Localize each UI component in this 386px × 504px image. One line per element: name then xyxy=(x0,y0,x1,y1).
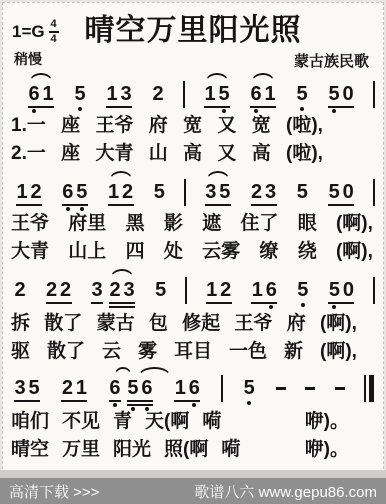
beam-underline xyxy=(16,204,42,206)
note-group: 2 xyxy=(13,279,27,301)
lyric-syllable: 万里 xyxy=(62,439,100,461)
note-group: 6 xyxy=(108,377,122,399)
low-octave-dot xyxy=(269,305,273,309)
beam-underline xyxy=(328,302,354,304)
beam-underline xyxy=(174,400,200,402)
low-octave-dot xyxy=(66,207,70,211)
lyric-syllable: (啊), xyxy=(336,213,373,235)
lyrics-line-7: 咱们不见青天(啊嗬咿)。 xyxy=(11,411,361,433)
note-group: 50 xyxy=(327,181,355,203)
slur-arc xyxy=(114,367,131,377)
beam-underline xyxy=(127,404,153,406)
note-group: 2 xyxy=(151,83,165,105)
lyric-syllable: 云 xyxy=(102,341,121,363)
lyric-syllable: 散了 xyxy=(47,341,85,363)
beam-underline xyxy=(206,302,232,304)
final-barline-thin xyxy=(364,375,366,402)
lyric-syllable: 府 xyxy=(287,313,306,335)
beam-underline xyxy=(127,400,153,402)
barline xyxy=(221,375,223,402)
lyrics-line-2: 2.一座大青山高又高(啦), xyxy=(11,143,323,165)
note-group: 50 xyxy=(327,279,355,301)
note-digit: 3 xyxy=(119,83,133,105)
lyric-syllable: 修起 xyxy=(182,313,220,335)
note-digit: 6 xyxy=(27,83,41,105)
lyric-syllable: 宽 xyxy=(183,115,202,137)
lyric-syllable: 新 xyxy=(284,341,303,363)
note-digit: 6 xyxy=(264,279,278,301)
lyric-syllable: 山上 xyxy=(68,241,106,263)
note-digit: 5 xyxy=(27,377,41,399)
note-digit: 3 xyxy=(264,181,278,203)
lyric-syllable: 青 xyxy=(113,411,132,433)
slur-arc xyxy=(109,171,133,181)
note-digit: 2 xyxy=(60,377,74,399)
lyrics-line-8: 晴空万里阳光照(啊嗬咿)。 xyxy=(11,439,361,461)
duration-dash xyxy=(335,387,345,390)
slur-arc xyxy=(29,73,53,83)
note-digit: 1 xyxy=(203,83,217,105)
lyric-syllable: 咿)。 xyxy=(305,411,349,433)
note-digit: 1 xyxy=(263,83,277,105)
lyric-syllable: 眼 xyxy=(298,213,317,235)
lyric-syllable: 王爷 xyxy=(95,115,133,137)
lyric-syllable: 拆 xyxy=(11,313,30,335)
low-octave-dot xyxy=(113,403,117,407)
beam-underline xyxy=(62,204,88,206)
note-digit: 1 xyxy=(41,83,55,105)
barline xyxy=(185,277,187,304)
note-group: 35 xyxy=(204,181,232,203)
note-group: 5 xyxy=(295,83,309,105)
note-group: 12 xyxy=(107,181,135,203)
lyric-syllable: 大青 xyxy=(11,241,49,263)
note-group: 12 xyxy=(205,279,233,301)
barline xyxy=(373,179,375,206)
note-digit: 2 xyxy=(45,279,59,301)
beam-underline xyxy=(46,302,72,304)
note-digit: 2 xyxy=(108,279,122,301)
note-digit: 2 xyxy=(219,279,233,301)
lyric-syllable: 晴空 xyxy=(11,439,49,461)
lyric-syllable: 住了 xyxy=(240,213,278,235)
note-group: 15 xyxy=(203,83,231,105)
score-page: 1=G 4 4 晴空万里阳光照 稍慢 蒙古族民歌 6151321561550 1… xyxy=(0,0,386,504)
lyric-syllable: 座 xyxy=(61,115,80,137)
slur-arc xyxy=(110,269,134,279)
barline xyxy=(373,277,375,304)
note-digit: 3 xyxy=(122,279,136,301)
note-digit: 2 xyxy=(121,181,135,203)
note-digit: 5 xyxy=(126,377,140,399)
low-octave-dot xyxy=(254,109,258,113)
note-digit: 5 xyxy=(73,83,87,105)
slur-arc xyxy=(205,73,229,83)
note-group: 21 xyxy=(60,377,88,399)
lyric-syllable: 绕 xyxy=(298,241,317,263)
lyric-syllable: 大青 xyxy=(95,143,133,165)
lyric-syllable: 驱 xyxy=(11,341,30,363)
low-octave-dot xyxy=(78,107,82,111)
note-group: 5 xyxy=(296,279,310,301)
lyric-syllable: 一色 xyxy=(229,341,267,363)
download-link[interactable]: 高清下载 >>> xyxy=(9,481,99,502)
lyric-syllable: 咿)。 xyxy=(305,439,349,461)
lyric-syllable: 四 xyxy=(126,241,145,263)
beam-underline xyxy=(109,400,121,402)
lyric-syllable: 云雾 xyxy=(202,241,240,263)
note-digit: 3 xyxy=(204,181,218,203)
lyric-syllable: 府 xyxy=(149,115,168,137)
low-octave-dot xyxy=(332,109,336,113)
note-digit: 5 xyxy=(296,279,310,301)
note-group: 3 xyxy=(90,279,104,301)
music-line-1: 6151321561550 xyxy=(27,83,375,109)
lyric-syllable: 影 xyxy=(164,213,183,235)
lyric-syllable: 处 xyxy=(164,241,183,263)
lyric-syllable: 王爷 xyxy=(11,213,49,235)
beam-underline xyxy=(251,204,277,206)
note-digit: 1 xyxy=(205,279,219,301)
lyric-syllable: 2.一 xyxy=(11,143,46,165)
beam-underline xyxy=(109,302,135,304)
note-group: 5 xyxy=(242,377,256,399)
duration-dash xyxy=(305,387,315,390)
lyric-syllable: 黑 xyxy=(126,213,145,235)
beam-underline xyxy=(109,306,135,308)
beam-underline xyxy=(328,106,354,108)
barline xyxy=(184,179,186,206)
lyric-syllable: (啊), xyxy=(336,241,373,263)
beam-underline xyxy=(250,106,276,108)
song-title: 晴空万里阳光照 xyxy=(3,5,383,49)
note-group: 5 xyxy=(295,181,309,203)
note-digit: 2 xyxy=(151,83,165,105)
lyric-syllable: 遮 xyxy=(202,213,221,235)
note-digit: 6 xyxy=(108,377,122,399)
low-octave-dot xyxy=(332,305,336,309)
note-digit: 0 xyxy=(341,181,355,203)
note-group: 56 xyxy=(126,377,154,399)
note-digit: 5 xyxy=(152,181,166,203)
beam-underline xyxy=(14,400,40,402)
note-digit: 5 xyxy=(327,279,341,301)
music-line-3: 22232351216550 xyxy=(13,279,375,305)
note-digit: 1 xyxy=(250,279,264,301)
lyric-syllable: (啦), xyxy=(286,115,323,137)
beam-underline xyxy=(91,302,103,304)
note-digit: 1 xyxy=(15,181,29,203)
lyric-syllable: 山 xyxy=(149,143,168,165)
slur-arc xyxy=(206,171,230,181)
lyric-syllable: 阳光 xyxy=(113,439,151,461)
note-cluster: 323 xyxy=(90,279,136,301)
note-group: 16 xyxy=(173,377,201,399)
note-group: 61 xyxy=(249,83,277,105)
note-group: 5 xyxy=(152,181,166,203)
low-octave-dot xyxy=(222,109,226,113)
note-group: 50 xyxy=(327,83,355,105)
lyric-syllable: 宽 xyxy=(252,115,271,137)
duration-dash xyxy=(276,387,286,390)
note-digit: 2 xyxy=(13,279,27,301)
final-barline-thick xyxy=(369,375,374,402)
low-octave-dot xyxy=(80,207,84,211)
beam-underline xyxy=(251,302,277,304)
note-digit: 1 xyxy=(74,377,88,399)
lyric-syllable: 不见 xyxy=(62,411,100,433)
slur-arc xyxy=(138,367,171,377)
page-bottom-edge xyxy=(0,470,386,478)
note-digit: 5 xyxy=(327,181,341,203)
lyric-syllable: 耳目 xyxy=(174,341,212,363)
note-digit: 3 xyxy=(90,279,104,301)
note-digit: 0 xyxy=(341,83,355,105)
barline xyxy=(183,81,185,108)
beam-underline xyxy=(108,204,134,206)
low-octave-dot xyxy=(247,401,251,405)
lyric-syllable: 王爷 xyxy=(234,313,272,335)
note-digit: 1 xyxy=(105,83,119,105)
note-digit: 1 xyxy=(107,181,121,203)
note-digit: 2 xyxy=(59,279,73,301)
lyric-syllable: 高 xyxy=(183,143,202,165)
lyric-syllable: 又 xyxy=(217,115,236,137)
lyric-syllable: 蒙古 xyxy=(97,313,135,335)
note-digit: 5 xyxy=(154,279,168,301)
lyrics-line-1: 1.一座王爷府宽又宽(啦), xyxy=(11,115,323,137)
note-group: 5 xyxy=(154,279,168,301)
note-cluster: 656 xyxy=(108,377,154,399)
lyric-syllable: 照(啊 xyxy=(164,439,208,461)
note-group: 5 xyxy=(73,83,87,105)
lyric-syllable: 咱们 xyxy=(11,411,49,433)
note-group: 13 xyxy=(105,83,133,105)
slur-arc xyxy=(251,73,275,83)
beam-underline xyxy=(204,106,230,108)
beam-underline xyxy=(328,204,354,206)
lyric-syllable: (啊), xyxy=(320,313,357,335)
lyric-syllable: 座 xyxy=(61,143,80,165)
lyrics-line-3: 王爷府里黑影遮住了眼(啊), xyxy=(11,213,373,235)
note-digit: 5 xyxy=(217,83,231,105)
note-digit: 6 xyxy=(249,83,263,105)
note-digit: 6 xyxy=(187,377,201,399)
low-octave-dot xyxy=(300,107,304,111)
barline xyxy=(373,81,375,108)
note-digit: 5 xyxy=(218,181,232,203)
note-digit: 5 xyxy=(295,83,309,105)
score-sheet: 1=G 4 4 晴空万里阳光照 稍慢 蒙古族民歌 6151321561550 1… xyxy=(2,2,384,504)
note-digit: 2 xyxy=(29,181,43,203)
note-group: 35 xyxy=(13,377,41,399)
lyric-syllable: 散了 xyxy=(44,313,82,335)
tempo-marking: 稍慢 xyxy=(14,49,42,69)
site-link[interactable]: 歌谱八六 www.gepu86.com xyxy=(194,481,377,502)
note-digit: 0 xyxy=(341,279,355,301)
final-barline xyxy=(364,375,374,402)
lyric-syllable: 嗬 xyxy=(202,411,221,433)
lyric-syllable: 缭 xyxy=(259,241,278,263)
lyrics-line-5: 拆散了蒙古包修起王爷府(啊), xyxy=(11,313,357,335)
source-credit: 蒙古族民歌 xyxy=(294,50,369,71)
note-digit: 5 xyxy=(242,377,256,399)
music-line-4: 3521656165 xyxy=(13,377,374,403)
beam-underline xyxy=(28,106,54,108)
note-group: 12 xyxy=(15,181,43,203)
lyric-syllable: 天(啊 xyxy=(145,411,189,433)
lyric-syllable: (啦), xyxy=(286,143,323,165)
low-octave-dot xyxy=(301,303,305,307)
note-digit: 3 xyxy=(13,377,27,399)
footer-bar: 高清下载 >>> 歌谱八六 www.gepu86.com xyxy=(0,478,386,504)
note-digit: 6 xyxy=(61,181,75,203)
low-octave-dot xyxy=(32,109,36,113)
beam-underline xyxy=(205,204,231,206)
note-group: 23 xyxy=(108,279,136,301)
note-group: 22 xyxy=(45,279,73,301)
lyric-syllable: 又 xyxy=(217,143,236,165)
lyrics-line-4: 大青山上四处云雾缭绕(啊), xyxy=(11,241,373,263)
lyric-syllable: 包 xyxy=(149,313,168,335)
note-group: 61 xyxy=(27,83,55,105)
note-digit: 5 xyxy=(295,181,309,203)
lyric-syllable: 府里 xyxy=(68,213,106,235)
note-group: 65 xyxy=(61,181,89,203)
low-octave-dot xyxy=(192,403,196,407)
lyric-syllable: (啊), xyxy=(320,341,357,363)
note-group: 16 xyxy=(250,279,278,301)
lyric-syllable: 1.一 xyxy=(11,115,46,137)
note-digit: 2 xyxy=(250,181,264,203)
note-digit: 6 xyxy=(140,377,154,399)
lyrics-line-6: 驱散了云雾耳目一色新(啊), xyxy=(11,341,357,363)
music-line-2: 12651253523550 xyxy=(15,181,375,207)
note-digit: 5 xyxy=(327,83,341,105)
lyric-syllable: 雾 xyxy=(138,341,157,363)
lyric-syllable: 嗬 xyxy=(221,439,240,461)
beam-underline xyxy=(61,400,87,402)
note-digit: 1 xyxy=(173,377,187,399)
beam-underline xyxy=(106,106,132,108)
note-group: 23 xyxy=(250,181,278,203)
lyric-syllable: 高 xyxy=(252,143,271,165)
note-digit: 5 xyxy=(75,181,89,203)
